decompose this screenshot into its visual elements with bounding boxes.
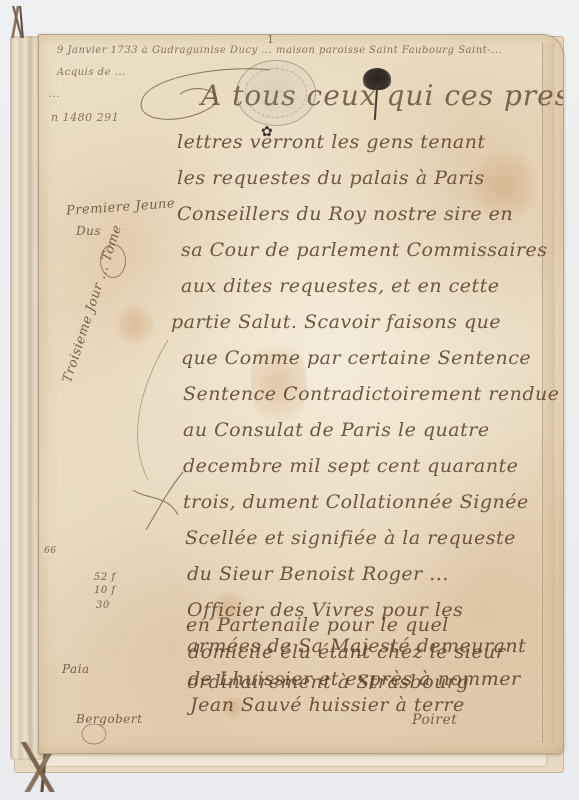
margin-note-dus: Dus xyxy=(76,224,101,238)
reference-number: n 1480 291 xyxy=(51,111,119,124)
body-line: sa Cour de parlement Commissaires xyxy=(181,239,548,261)
body-line: en Partenaile pour le quel xyxy=(186,614,449,636)
body-line: Sentence Contradictoirement rendue xyxy=(183,383,560,405)
body-line: Conseillers du Roy nostre sire en xyxy=(177,203,513,225)
signature-poiret: Poiret xyxy=(412,712,457,728)
official-stamp-icon xyxy=(236,60,316,126)
header-note-third: ... xyxy=(49,89,60,100)
margin-note-66: 66 xyxy=(44,546,56,556)
body-line: lettres verront les gens tenant xyxy=(177,131,486,153)
body-line: du Sieur Benoist Roger ... xyxy=(187,563,449,585)
margin-amount: 52 f xyxy=(94,572,116,583)
binding-tie-top-icon xyxy=(8,6,30,38)
body-line: que Comme par certaine Sentence xyxy=(181,347,531,369)
stamp-ring xyxy=(245,68,307,118)
stain xyxy=(115,305,155,345)
body-line: de Lhuissier et exprès à nommer xyxy=(188,668,521,690)
margin-note-paia: Paia xyxy=(62,662,90,676)
margin-amount: 30 xyxy=(96,600,110,611)
margin-signature-bergobert: Bergobert xyxy=(76,712,142,726)
header-note-date: 9 Janvier 1733 à Gudraguinise Ducy ... m… xyxy=(57,45,502,56)
scan-background: 9 Janvier 1733 à Gudraguinise Ducy ... m… xyxy=(0,0,579,800)
body-line: decembre mil sept cent quarante xyxy=(183,455,518,477)
page-marker: 1 xyxy=(267,34,275,46)
stamp-ornament-icon: ✿ xyxy=(261,124,273,140)
body-line: Scellée et signifiée à la requeste xyxy=(185,527,516,549)
margin-amount: 10 f xyxy=(94,585,116,596)
body-line: aux dites requestes, et en cette xyxy=(181,275,500,297)
body-line: les requestes du palais à Paris xyxy=(177,167,485,189)
body-line: partie Salut. Scavoir faisons que xyxy=(171,311,501,333)
body-line: au Consulat de Paris le quatre xyxy=(183,419,490,441)
header-note-second: Acquis de ... xyxy=(57,67,126,78)
body-line: trois, dument Collationnée Signée xyxy=(183,491,529,513)
body-line: domicile élu étant chez le sieur xyxy=(188,641,505,663)
